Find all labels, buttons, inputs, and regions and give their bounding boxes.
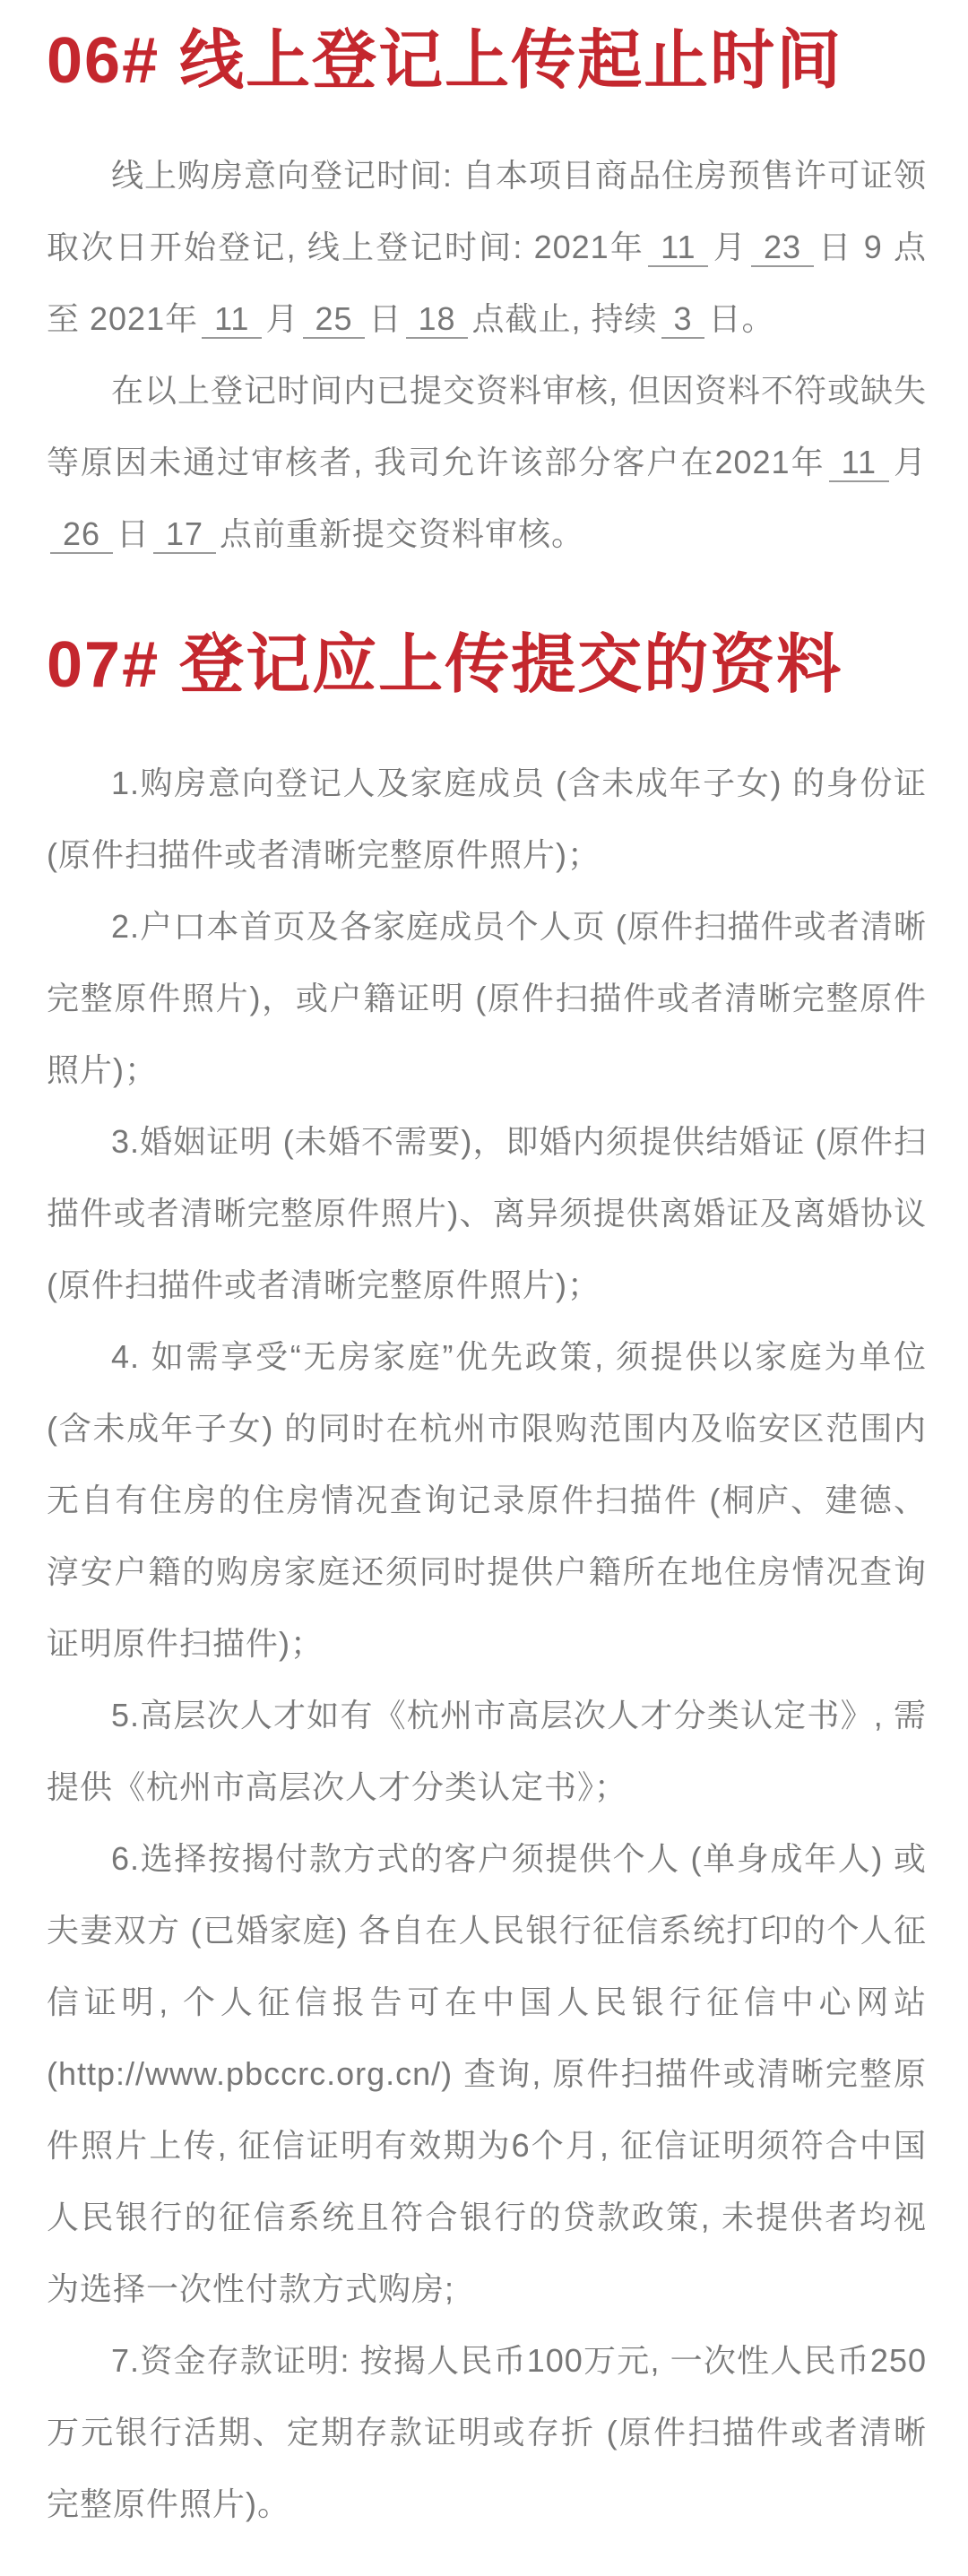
item-5-talent-certificate: 5.高层次人才如有《杭州市高层次人才分类认定书》, 需提供《杭州市高层次人才分类… [47,1680,927,1823]
item-2-household-register: 2.户口本首页及各家庭成员个人页 (原件扫描件或者清晰完整原件照片)，或户籍证明… [47,891,927,1106]
paragraph-resubmission-rule: 在以上登记时间内已提交资料审核, 但因资料不符或缺失等原因未通过审核者, 我司允… [47,355,927,570]
paragraph-registration-time: 线上购房意向登记时间: 自本项目商品住房预售许可证领取次日开始登记, 线上登记时… [47,140,927,355]
text-run: 月 [893,444,927,480]
text-run: 7.资金存款证明: 按揭人民币100万元, 一次性人民币250万元银行活期、定期… [47,2342,927,2522]
text-run: 5.高层次人才如有《杭州市高层次人才分类认定书》, 需提供《杭州市高层次人才分类… [47,1697,927,1805]
item-1-id-card: 1.购房意向登记人及家庭成员 (含未成年子女) 的身份证 (原件扫描件或者清晰完… [47,748,927,891]
text-run: 日 [117,515,150,552]
text-run: 月 [713,229,748,265]
fill-in-value: 11 [829,444,889,482]
fill-in-value: 17 [153,515,215,554]
text-run: 6.选择按揭付款方式的客户须提供个人 (单身成年人) 或夫妻双方 (已婚家庭) … [47,1840,937,2307]
item-4-no-house-family-proof: 4. 如需享受“无房家庭”优先政策, 须提供以家庭为单位 (含未成年子女) 的同… [47,1321,927,1680]
text-run: 点前重新提交资料审核。 [220,515,584,552]
text-run: 月 [265,300,298,337]
section-online-registration-time: 06# 线上登记上传起止时间 线上购房意向登记时间: 自本项目商品住房预售许可证… [47,16,927,570]
item-7-deposit-proof: 7.资金存款证明: 按揭人民币100万元, 一次性人民币250万元银行活期、定期… [47,2325,927,2540]
text-run: 4. 如需享受“无房家庭”优先政策, 须提供以家庭为单位 (含未成年子女) 的同… [47,1338,937,1662]
notice-document-page: 06# 线上登记上传起止时间 线上购房意向登记时间: 自本项目商品住房预售许可证… [0,0,968,2576]
fill-in-value: 11 [202,300,262,339]
item-3-marriage-certificate: 3.婚姻证明 (未婚不需要)，即婚内须提供结婚证 (原件扫描件或者清晰完整原件照… [47,1106,927,1321]
section-07-heading: 07# 登记应上传提交的资料 [47,620,927,710]
fill-in-value: 11 [648,229,708,267]
fill-in-value: 3 [661,300,704,339]
fill-in-value: 18 [406,300,468,339]
text-run: 点截止, 持续 [472,300,658,337]
fill-in-value: 26 [50,515,112,554]
text-run: 1.购房意向登记人及家庭成员 (含未成年子女) 的身份证 (原件扫描件或者清晰完… [47,765,937,873]
section-06-heading: 06# 线上登记上传起止时间 [47,16,927,106]
text-run: 日 [368,300,402,337]
section-required-materials: 07# 登记应上传提交的资料 1.购房意向登记人及家庭成员 (含未成年子女) 的… [47,620,927,2540]
text-run: 3.婚姻证明 (未婚不需要)，即婚内须提供结婚证 (原件扫描件或者清晰完整原件照… [47,1123,937,1303]
text-run: 2.户口本首页及各家庭成员个人页 (原件扫描件或者清晰完整原件照片)，或户籍证明… [47,908,927,1088]
fill-in-value: 23 [751,229,813,267]
text-run: 日。 [709,300,775,337]
fill-in-value: 25 [303,300,365,339]
text-run: 在以上登记时间内已提交资料审核, 但因资料不符或缺失等原因未通过审核者, 我司允… [47,372,927,480]
item-6-credit-report: 6.选择按揭付款方式的客户须提供个人 (单身成年人) 或夫妻双方 (已婚家庭) … [47,1823,927,2325]
